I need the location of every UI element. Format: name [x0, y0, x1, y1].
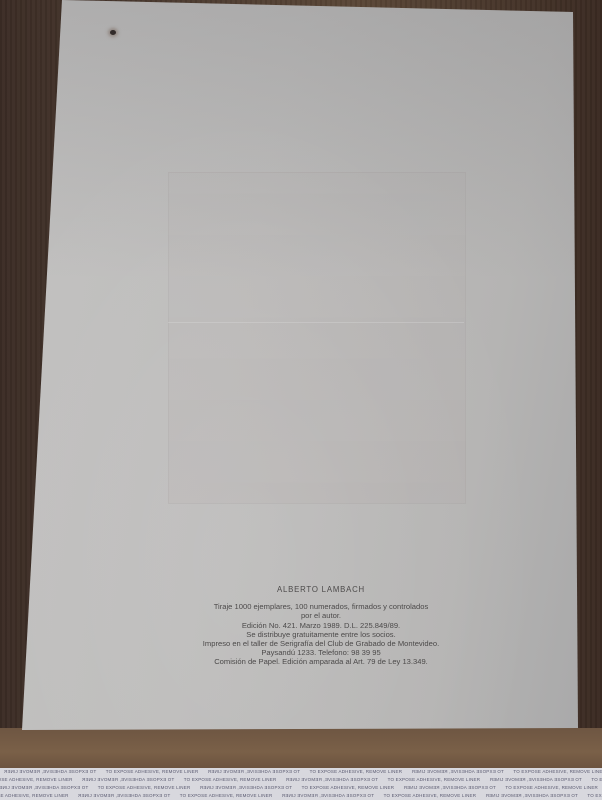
adhesive-liner-tape: ЯƎИIJ ƎVOMƎЯ ,ƎVISƎHDA ƎSOPXƎ OT TO EXPO… [0, 768, 602, 800]
tape-text-row: ЯƎИIJ ƎVOMƎЯ ,ƎVISƎHDA ƎSOPXƎ OT TO EXPO… [0, 784, 602, 792]
cardboard-flap [0, 728, 602, 768]
paper-shadow-gradient [0, 0, 602, 800]
tape-text-row: TO EXPOSE ADHESIVE, REMOVE LINER ЯƎИIJ Ǝ… [0, 776, 602, 784]
tape-text-row: ЯƎИIJ ƎVOMƎЯ ,ƎVISƎHDA ƎSOPXƎ OT TO EXPO… [0, 768, 602, 776]
tape-text-row: TO EXPOSE ADHESIVE, REMOVE LINER ЯƎИIJ Ǝ… [0, 792, 602, 800]
